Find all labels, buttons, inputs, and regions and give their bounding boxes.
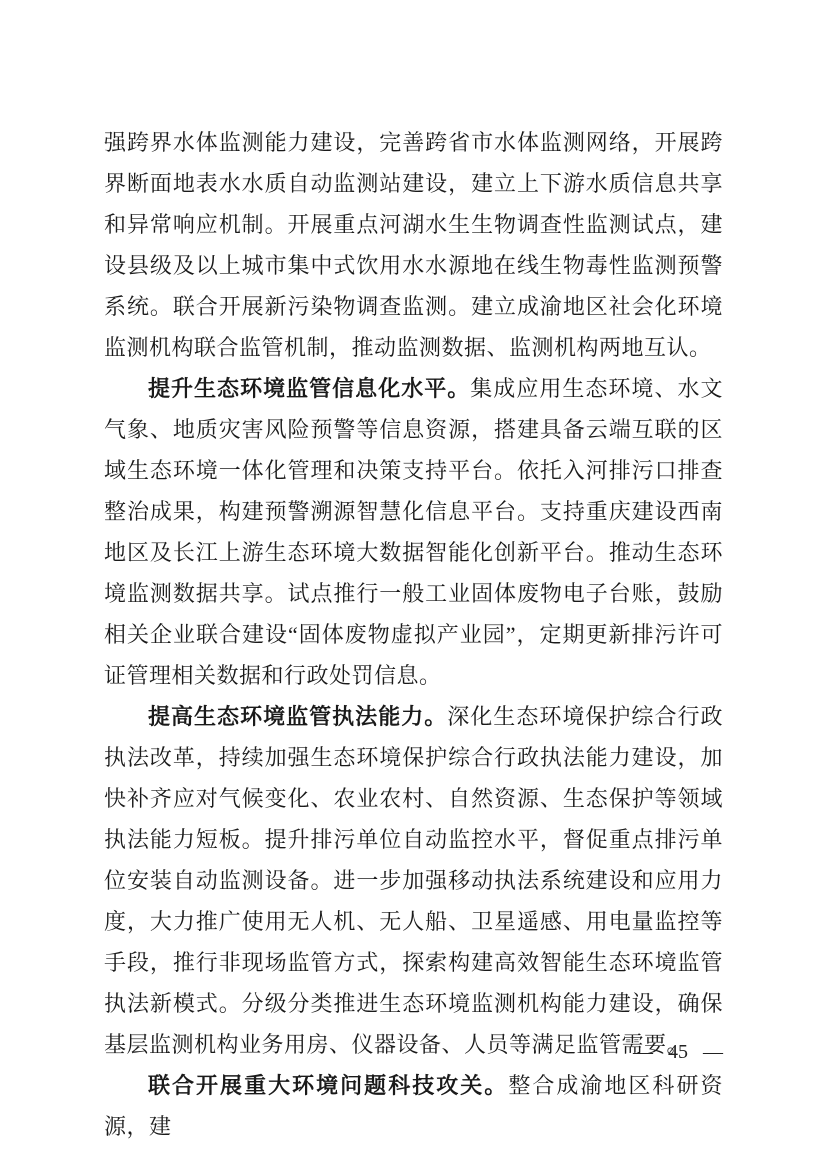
paragraph-lead: 提高生态环境监管执法能力。 (148, 704, 447, 729)
paragraph-lead: 联合开展重大环境问题科技攻关。 (148, 1073, 508, 1098)
paragraph-text: 强跨界水体监测能力建设，完善跨省市水体监测网络，开展跨界断面地表水水质自动监测站… (104, 130, 723, 360)
paragraph-text: 深化生态环境保护综合行政执法改革，持续加强生态环境保护综合行政执法能力建设，加快… (104, 704, 723, 1057)
document-body: 强跨界水体监测能力建设，完善跨省市水体监测网络，开展跨界断面地表水水质自动监测站… (104, 122, 723, 1147)
page-number: — 45 — (104, 1040, 723, 1064)
body-paragraph: 提高生态环境监管执法能力。深化生态环境保护综合行政执法改革，持续加强生态环境保护… (104, 696, 723, 1065)
document-page: 强跨界水体监测能力建设，完善跨省市水体监测网络，开展跨界断面地表水水质自动监测站… (0, 0, 826, 1169)
paragraph-lead: 提升生态环境监管信息化水平。 (148, 376, 470, 401)
body-paragraph: 强跨界水体监测能力建设，完善跨省市水体监测网络，开展跨界断面地表水水质自动监测站… (104, 122, 723, 368)
body-paragraph: 提升生态环境监管信息化水平。集成应用生态环境、水文气象、地质灾害风险预警等信息资… (104, 368, 723, 696)
body-paragraph: 联合开展重大环境问题科技攻关。整合成渝地区科研资源，建 (104, 1065, 723, 1147)
paragraph-text: 集成应用生态环境、水文气象、地质灾害风险预警等信息资源，搭建具备云端互联的区域生… (104, 376, 723, 688)
